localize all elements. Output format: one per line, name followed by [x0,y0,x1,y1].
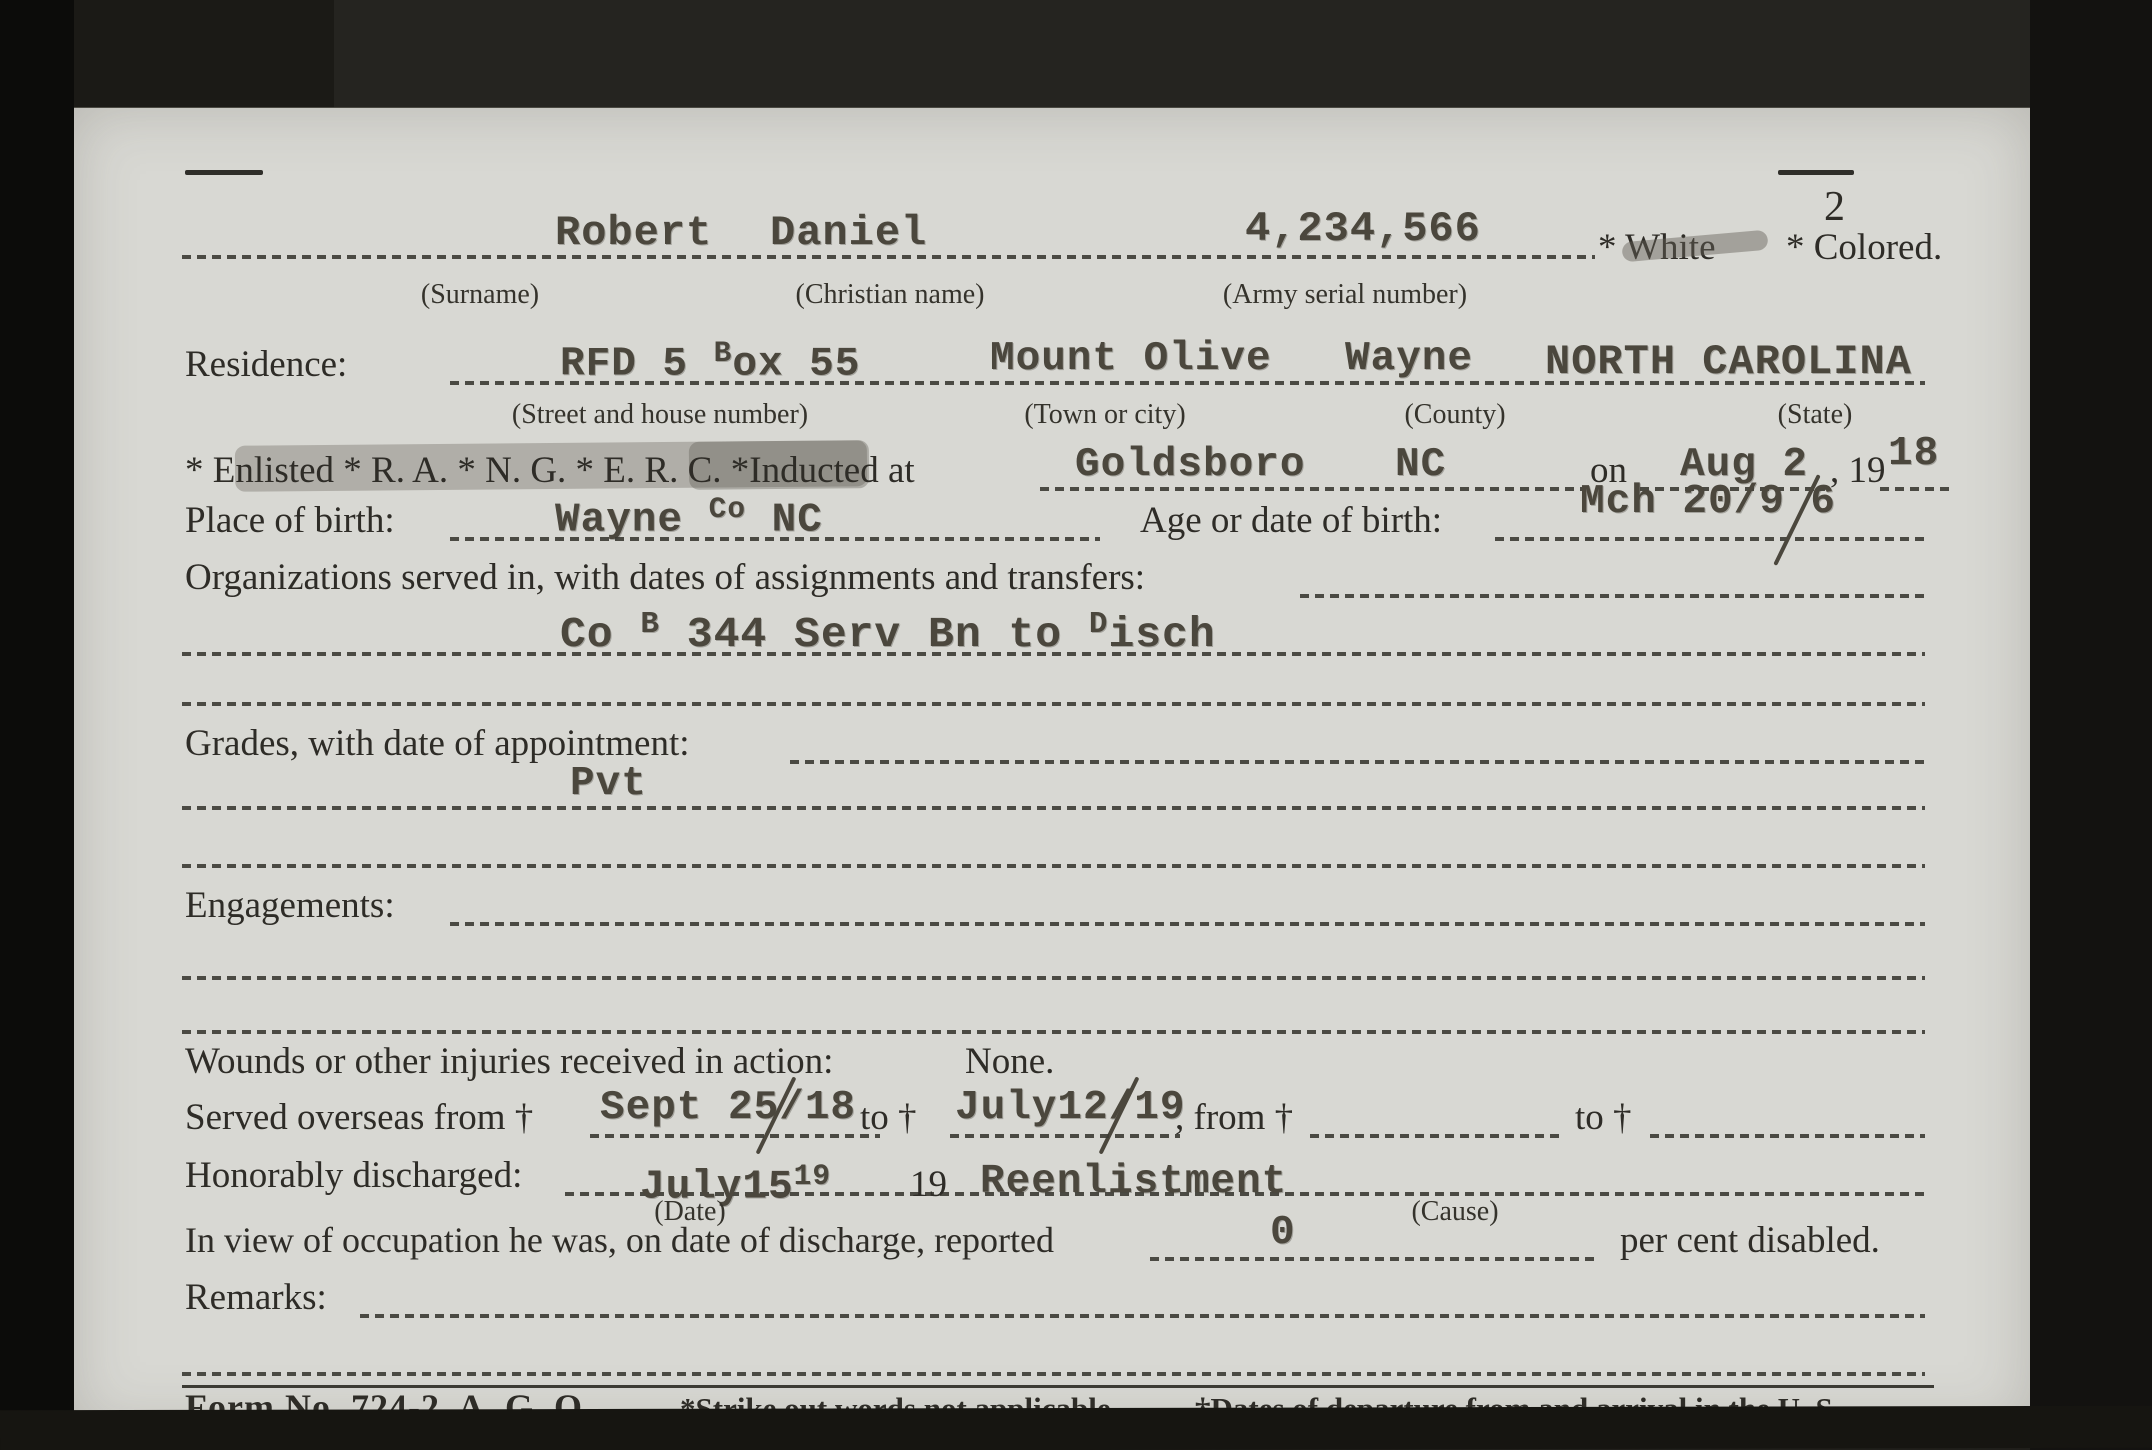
scan-top-left-corner [74,0,334,108]
organizations-value: Co B 344 Serv Bn to Disch [560,610,1216,656]
disability-value: 0 [1270,1213,1296,1254]
serial-number-value: 4,234,566 [1245,208,1481,250]
overseas-from1-value: Sept 25/18 [600,1088,856,1129]
street-value: RFD 5 Box 55 [560,339,860,385]
grade-value: Pvt [570,764,647,805]
dashed-rule [450,537,1100,541]
page-number: 2 [1824,186,1845,228]
wounds-value: None. [965,1043,1054,1080]
town-caption: (Town or city) [1024,401,1185,429]
discharge-printed-year: 19 [910,1166,947,1203]
county-caption: (County) [1404,401,1505,429]
dashed-rule [1650,1134,1925,1138]
organizations-sup1: B [640,607,660,642]
grades-label: Grades, with date of appointment: [185,725,690,762]
dashed-rule [182,806,1925,810]
wounds-label: Wounds or other injuries received in act… [185,1043,833,1080]
birth-place-value: Wayne Co NC [555,495,823,541]
dashed-rule [182,1372,1925,1376]
dashed-rule [182,255,1595,259]
state-value: NORTH CAROLINA [1545,341,1912,383]
dashed-rule [182,1030,1925,1034]
christian-name-caption: (Christian name) [796,281,985,309]
street-caption: (Street and house number) [512,401,808,429]
dashed-rule [1310,1134,1560,1138]
scan-right-border [2030,0,2152,1450]
serial-number-caption: (Army serial number) [1223,281,1467,309]
overseas-to1-value: July12/19 [955,1088,1185,1129]
state-caption: (State) [1778,401,1853,429]
dashed-rule [182,976,1925,980]
dashed-rule [1495,537,1925,541]
dashed-rule [1150,1257,1600,1261]
dashed-rule [590,1134,880,1138]
discharge-cause-value: Reenlistment [980,1162,1287,1203]
dashed-rule [1880,487,1952,491]
race-colored-label: * Colored. [1786,229,1942,266]
overseas-from2-label: , from † [1175,1099,1293,1136]
overseas-to1-label: to † [860,1099,917,1136]
residence-label: Residence: [185,346,347,383]
surname-caption: (Surname) [421,281,539,309]
street-value-sup: B [714,336,733,370]
town-value: Mount Olive [990,339,1272,380]
enlistment-printed-label: * Enlisted * R. A. * N. G. * E. R. C. *I… [185,452,915,489]
enlist-year-value: 18 [1888,434,1939,475]
organizations-label: Organizations served in, with dates of a… [185,559,1145,596]
discharge-date-sup: 19 [794,1159,831,1193]
dashed-rule [1300,594,1925,598]
discharge-cause-caption: (Cause) [1411,1198,1498,1226]
inducted-state-value: NC [1395,445,1446,486]
county-value: Wayne [1345,339,1473,380]
dashed-rule [182,652,1925,656]
pen-mark-above-page-number [1778,170,1854,175]
overseas-to2-label: to † [1575,1099,1632,1136]
disability-suffix: per cent disabled. [1620,1222,1880,1259]
dashed-rule [790,760,1925,764]
dashed-rule [450,381,1925,385]
pen-mark-top-left [185,170,263,175]
inducted-place-value: Goldsboro [1075,445,1305,486]
scan-left-border [0,0,74,1450]
scan-bottom-border [0,1406,2152,1450]
year-prefix-label: , 19 [1830,452,1886,489]
surname-value: Robert [555,212,712,254]
service-record-card: 2 Robert Daniel 4,234,566 * White * Colo… [74,108,2030,1428]
discharge-label: Honorably discharged: [185,1157,522,1194]
christian-name-value: Daniel [770,212,927,254]
dashed-rule [950,1134,1180,1138]
engagements-label: Engagements: [185,887,395,924]
disability-label: In view of occupation he was, on date of… [185,1222,1054,1258]
dashed-rule [450,922,1925,926]
dashed-rule [182,864,1925,868]
dashed-rule [360,1314,1925,1318]
birth-place-sup: Co [709,492,746,526]
birth-place-label: Place of birth: [185,502,395,539]
birth-date-label: Age or date of birth: [1140,502,1442,539]
organizations-sup2: D [1089,607,1109,642]
remarks-label: Remarks: [185,1279,327,1316]
overseas-label: Served overseas from † [185,1099,533,1136]
dashed-rule [182,702,1925,706]
